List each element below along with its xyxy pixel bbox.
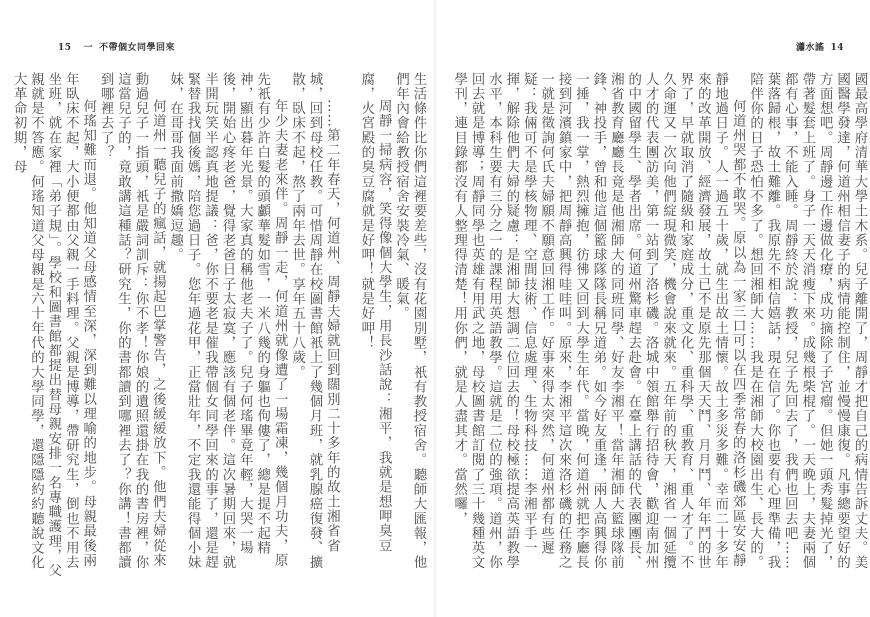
paragraph: 何瑤知難而退。他知道父母感情至深，深到難以理喻的地步。母親最後兩年臥床不起，大小… bbox=[10, 72, 97, 582]
paragraph: 年少夫妻老來伴。周靜一走，何道州就像遭了一場霜凍，幾個月功夫，原先衹有少許白髮的… bbox=[166, 72, 288, 582]
right-page-number: 14 bbox=[830, 43, 844, 53]
paragraph: 何道州一聽兒子的瘋話，就揚起巴掌警告，之後緩緩放下。他們夫婦從來動過兒子一指頭，… bbox=[97, 72, 167, 582]
chapter-title: 不帶個女同學回來 bbox=[99, 43, 175, 53]
paragraph: 生活條件比你們這裡要差些，沒有花園別墅，衹有教授宿舍。聽師大匯報，他們年內會給教… bbox=[392, 72, 427, 582]
left-running-head: 15一不帶個女同學回來 bbox=[52, 40, 175, 53]
left-body-text: 生活條件比你們這裡要差些，沒有花園別墅，衹有教授宿舍。聽師大匯報，他們年內會給教… bbox=[52, 72, 427, 582]
left-page: 15一不帶個女同學回來 生活條件比你們這裡要差些，沒有花園別墅，衹有教授宿舍。聽… bbox=[0, 0, 435, 617]
paragraph: 周靜一掃病容，笑得像個大學生，用長沙話說：湘平，我就是想呷臭豆腐，火宮殿的臭豆腐… bbox=[357, 72, 392, 582]
right-page: 瀟水謠14 國最高學府清華大學土木系。兒子離開了，周靜才把自己的病情告訴丈夫。美… bbox=[435, 0, 870, 617]
paragraph: ……第二年春天，何道州、周靜夫婦就回到闊別二十多年的故土湘省省城，回到母校任教。… bbox=[288, 72, 340, 582]
paragraph: 何道州哭都不敢哭。原以為一家三口可以在四季常春的洛杉磯郊區安安靜靜地過日子。人一… bbox=[450, 72, 746, 582]
paragraph: 國最高學府清華大學土木系。兒子離開了，周靜才把自己的病情告訴丈夫。美國醫學發達，… bbox=[746, 72, 868, 582]
book-spread: 15一不帶個女同學回來 生活條件比你們這裡要差些，沒有花園別墅，衹有教授宿舍。聽… bbox=[0, 0, 870, 617]
right-body-text: 國最高學府清華大學土木系。兒子離開了，周靜才把自己的病情告訴丈夫。美國醫學發達，… bbox=[513, 72, 868, 582]
right-running-head: 瀟水謠14 bbox=[796, 40, 850, 53]
chapter-marker: 一 bbox=[84, 43, 94, 53]
book-title: 瀟水謠 bbox=[796, 43, 825, 53]
left-page-number: 15 bbox=[58, 43, 72, 53]
